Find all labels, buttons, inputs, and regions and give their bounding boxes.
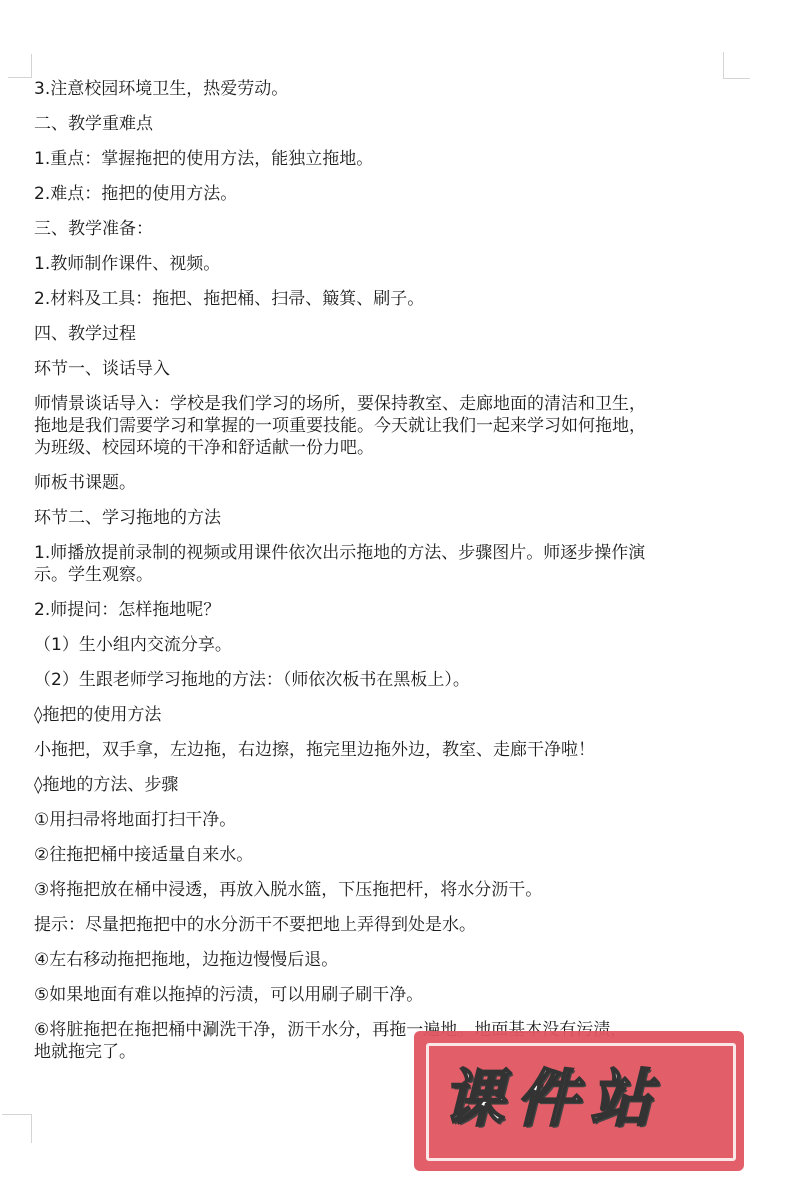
- mop-step: ①用扫帚将地面打扫干净。: [34, 809, 724, 831]
- prep-item: 1.教师制作课件、视频。: [34, 253, 724, 275]
- margin-corner-top-left: [8, 54, 32, 78]
- mop-step: ②往拖把桶中接适量自来水。: [34, 844, 724, 866]
- subsection-heading: ◊拖地的方法、步骤: [34, 774, 724, 796]
- step-heading: 环节二、学习拖地的方法: [34, 507, 724, 529]
- margin-corner-bottom-left: [2, 1114, 32, 1143]
- sub-item: （2）生跟老师学习拖地的方法：（师依次板书在黑板上）。: [34, 669, 724, 691]
- intro-paragraph: 师情景谈话导入：学校是我们学习的场所，要保持教室、走廊地面的清洁和卫生， 拖地是…: [34, 393, 724, 459]
- section-heading: 三、教学准备：: [34, 218, 724, 240]
- document-page: 3.注意校园环境卫生，热爱劳动。 二、教学重难点 1.重点：掌握拖把的使用方法，…: [0, 0, 800, 1200]
- mop-step: ⑤如果地面有难以拖掉的污渍，可以用刷子刷干净。: [34, 984, 724, 1006]
- mop-step: ④左右移动拖把拖地，边拖边慢慢后退。: [34, 949, 724, 971]
- prep-item: 2.材料及工具：拖把、拖把桶、扫帚、簸箕、刷子。: [34, 288, 724, 310]
- tip: 提示：尽量把拖把中的水分沥干不要把地上弄得到处是水。: [34, 914, 724, 936]
- sub-item: （1）生小组内交流分享。: [34, 634, 724, 656]
- subsection-heading: ◊拖把的使用方法: [34, 704, 724, 726]
- mop-step: ③将拖把放在桶中浸透，再放入脱水篮，下压拖把杆，将水分沥干。: [34, 879, 724, 901]
- difficult-point: 2.难点：拖把的使用方法。: [34, 183, 724, 205]
- intro-line: 师情景谈话导入：学校是我们学习的场所，要保持教室、走廊地面的清洁和卫生，: [34, 393, 724, 415]
- section-heading: 四、教学过程: [34, 323, 724, 345]
- document-body: 3.注意校园环境卫生，热爱劳动。 二、教学重难点 1.重点：掌握拖把的使用方法，…: [34, 78, 724, 1063]
- method-paragraph: 1.师播放提前录制的视频或用课件依次出示拖地的方法、步骤图片。师逐步操作演 示。…: [34, 542, 724, 586]
- method-line: 示。学生观察。: [34, 564, 724, 586]
- watermark-stamp: 课件站: [402, 1013, 752, 1183]
- mop-rhyme: 小拖把，双手拿，左边拖，右边擦，拖完里边拖外边，教室、走廊干净啦！: [34, 739, 724, 761]
- method-line: 1.师播放提前录制的视频或用课件依次出示拖地的方法、步骤图片。师逐步操作演: [34, 542, 724, 564]
- intro-line: 拖地是我们需要学习和掌握的一项重要技能。今天就让我们一起来学习如何拖地，: [34, 415, 724, 437]
- question: 2.师提问：怎样拖地呢？: [34, 599, 724, 621]
- margin-corner-top-right: [723, 52, 750, 79]
- goal-item: 3.注意校园环境卫生，热爱劳动。: [34, 78, 724, 100]
- step-heading: 环节一、谈话导入: [34, 358, 724, 380]
- key-point: 1.重点：掌握拖把的使用方法，能独立拖地。: [34, 148, 724, 170]
- section-heading: 二、教学重难点: [34, 113, 724, 135]
- intro-line: 为班级、校园环境的干净和舒适献一份力吧。: [34, 437, 724, 459]
- board-title: 师板书课题。: [34, 472, 724, 494]
- watermark-text: 课件站: [442, 1059, 732, 1139]
